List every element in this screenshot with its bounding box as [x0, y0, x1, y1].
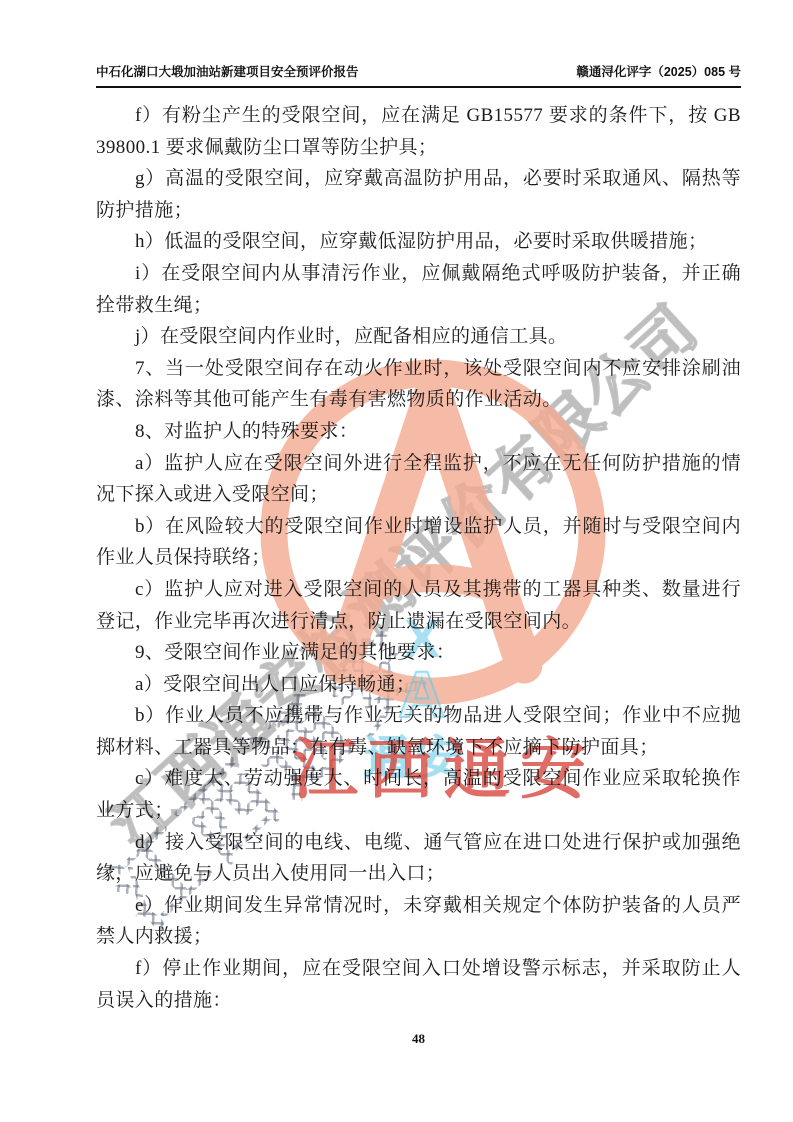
- page-header: 中石化湖口大塅加油站新建项目安全预评价报告 赣通浔化评字（2025）085 号: [96, 62, 741, 80]
- paragraph-item-9f: f）停止作业期间，应在受限空间入口处增设警示标志，并采取防止人员误入的措施：: [96, 953, 741, 1016]
- page-number: 48: [96, 1031, 741, 1047]
- paragraph-item-f1: f）有粉尘产生的受限空间，应在满足 GB15577 要求的条件下，按 GB 39…: [96, 100, 741, 163]
- paragraph-item-8b: b）在风险较大的受限空间作业时增设监护人员，并随时与受限空间内作业人员保持联络；: [96, 511, 741, 574]
- paragraph-item-9: 9、受限空间作业应满足的其他要求：: [96, 637, 741, 669]
- header-document-number: 赣通浔化评字（2025）085 号: [576, 62, 741, 80]
- header-report-title: 中石化湖口大塅加油站新建项目安全预评价报告: [96, 62, 359, 80]
- paragraph-item-9e: e）作业期间发生异常情况时，未穿戴相关规定个体防护装备的人员严禁人内救援；: [96, 890, 741, 953]
- paragraph-item-h: h）低温的受限空间，应穿戴低湿防护用品，必要时采取供暖措施；: [96, 226, 741, 258]
- paragraph-item-9c: c）难度大、劳动强度大、时间长，高温的受限空间作业应采取轮换作业方式；: [96, 763, 741, 826]
- paragraph-item-g: g）高温的受限空间，应穿戴高温防护用品，必要时采取通风、隔热等防护措施；: [96, 163, 741, 226]
- paragraph-item-9a: a）受限空间出人口应保持畅通；: [96, 669, 741, 701]
- paragraph-item-9b: b）作业人员不应携带与作业无关的物品进人受限空间；作业中不应抛掷材料、工器具等物…: [96, 700, 741, 763]
- document-body: f）有粉尘产生的受限空间，应在满足 GB15577 要求的条件下，按 GB 39…: [96, 100, 741, 1016]
- paragraph-item-8a: a）监护人应在受限空间外进行全程监护，不应在无任何防护措施的情况下探入或进入受限…: [96, 448, 741, 511]
- paragraph-item-8c: c）监护人应对进入受限空间的人员及其携带的工器具种类、数量进行登记，作业完毕再次…: [96, 574, 741, 637]
- paragraph-item-i: i）在受限空间内从事清污作业，应佩戴隔绝式呼吸防护装备，并正确拴带救生绳；: [96, 258, 741, 321]
- paragraph-item-8: 8、对监护人的特殊要求：: [96, 416, 741, 448]
- paragraph-item-7: 7、当一处受限空间存在动火作业时，该处受限空间内不应安排涂刷油漆、涂料等其他可能…: [96, 353, 741, 416]
- paragraph-item-j: j）在受限空间内作业时，应配备相应的通信工具。: [96, 321, 741, 353]
- paragraph-item-9d: d）接入受限空间的电线、电缆、通气管应在进口处进行保护或加强绝缘，应避免与人员出…: [96, 827, 741, 890]
- header-divider: [96, 86, 741, 88]
